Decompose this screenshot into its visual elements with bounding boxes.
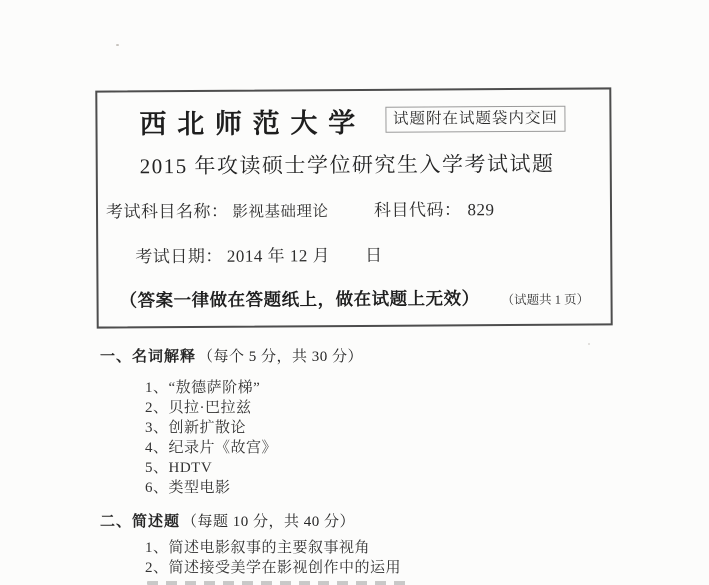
subject-name: 影视基础理论 [232,203,328,221]
subject-label: 考试科目名称： [106,202,229,222]
scan-speck [588,343,590,345]
subject-code-value: 829 [467,200,494,219]
section-2-heading: 二、简述题（每题 10 分，共 40 分） [100,510,355,531]
cut-off-text-line [147,581,413,585]
exam-date-row: 考试日期：2014 年 12 月 日 [135,241,382,268]
section-1-items: 1、“敖德萨阶梯” 2、贝拉·巴拉兹 3、创新扩散论 4、纪录片《故宫》 5、H… [145,378,277,498]
scanned-exam-page: 西 北 师 范 大 学 试题附在试题袋内交回 2015 年攻读硕士学位研究生入学… [0,0,709,585]
question-item: 4、纪录片《故宫》 [145,438,277,458]
notice-row: （答案一律做在答题纸上，做在试题上无效） （试题共 1 页） [119,284,609,312]
section-1-title: 一、名词解释 [100,349,196,365]
exam-date-value: 2014 年 12 月 日 [227,246,383,266]
subject-row: 考试科目名称：影视基础理论 科目代码：829 [106,194,606,219]
question-item: 6、类型电影 [145,478,277,498]
subject-code-group: 科目代码：829 [374,195,495,221]
question-item: 1、“敖德萨阶梯” [145,378,277,398]
exam-header-box: 西 北 师 范 大 学 试题附在试题袋内交回 2015 年攻读硕士学位研究生入学… [95,87,612,328]
section-2-items: 1、简述电影叙事的主要叙事视角 2、简述接受美学在影视创作中的运用 [145,538,401,578]
section-1-points: （每个 5 分，共 30 分） [198,349,363,365]
question-item: 5、HDTV [145,458,277,478]
question-item: 3、创新扩散论 [145,418,277,438]
section-1-heading: 一、名词解释（每个 5 分，共 30 分） [100,345,363,366]
question-item: 2、简述接受美学在影视创作中的运用 [145,558,401,578]
exam-title: 2015 年攻读硕士学位研究生入学考试试题 [140,148,555,181]
question-item: 2、贝拉·巴拉兹 [145,398,277,418]
section-2-title: 二、简述题 [100,514,180,530]
exam-date-label: 考试日期： [135,247,223,267]
scan-speck [116,44,119,46]
total-pages-note: （试题共 1 页） [502,290,590,309]
question-item: 1、简述电影叙事的主要叙事视角 [145,538,401,558]
university-name: 西 北 师 范 大 学 [139,101,357,141]
section-2-points: （每题 10 分，共 40 分） [182,514,355,530]
answer-sheet-notice: （答案一律做在答题纸上，做在试题上无效） [119,288,479,310]
subject-code-label: 科目代码： [374,200,462,220]
return-notice-box: 试题附在试题袋内交回 [385,106,565,133]
